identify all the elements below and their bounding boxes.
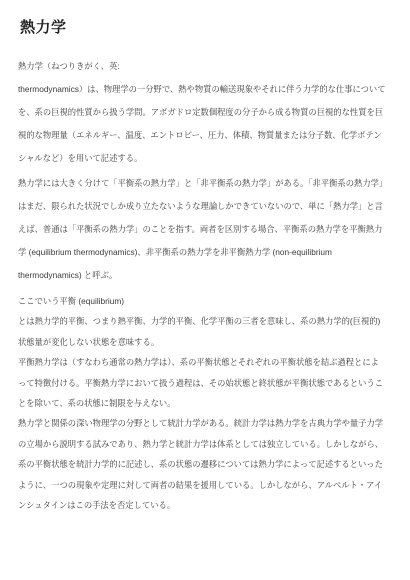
paragraph-intro: 熱力学（ねつりきがく、英: thermodynamics）は、物理学の一分野で、…	[18, 55, 386, 170]
paragraph-equilibrium-vs-nonequilibrium: 熱力学には大きく分けて「平衡系の熱力学」と「非平衡系の熱力学」がある。「非平衡系…	[18, 172, 386, 287]
paragraph-equilibrium-definition-and-statistical-mechanics: ここでいう平衡 (equilibrium) とは熱力学的平衡、つまり熱平衡、力学…	[18, 291, 386, 515]
page-title: 熱力学	[20, 20, 390, 36]
document-page: 熱力学 熱力学（ねつりきがく、英: thermodynamics）は、物理学の一…	[0, 0, 410, 580]
